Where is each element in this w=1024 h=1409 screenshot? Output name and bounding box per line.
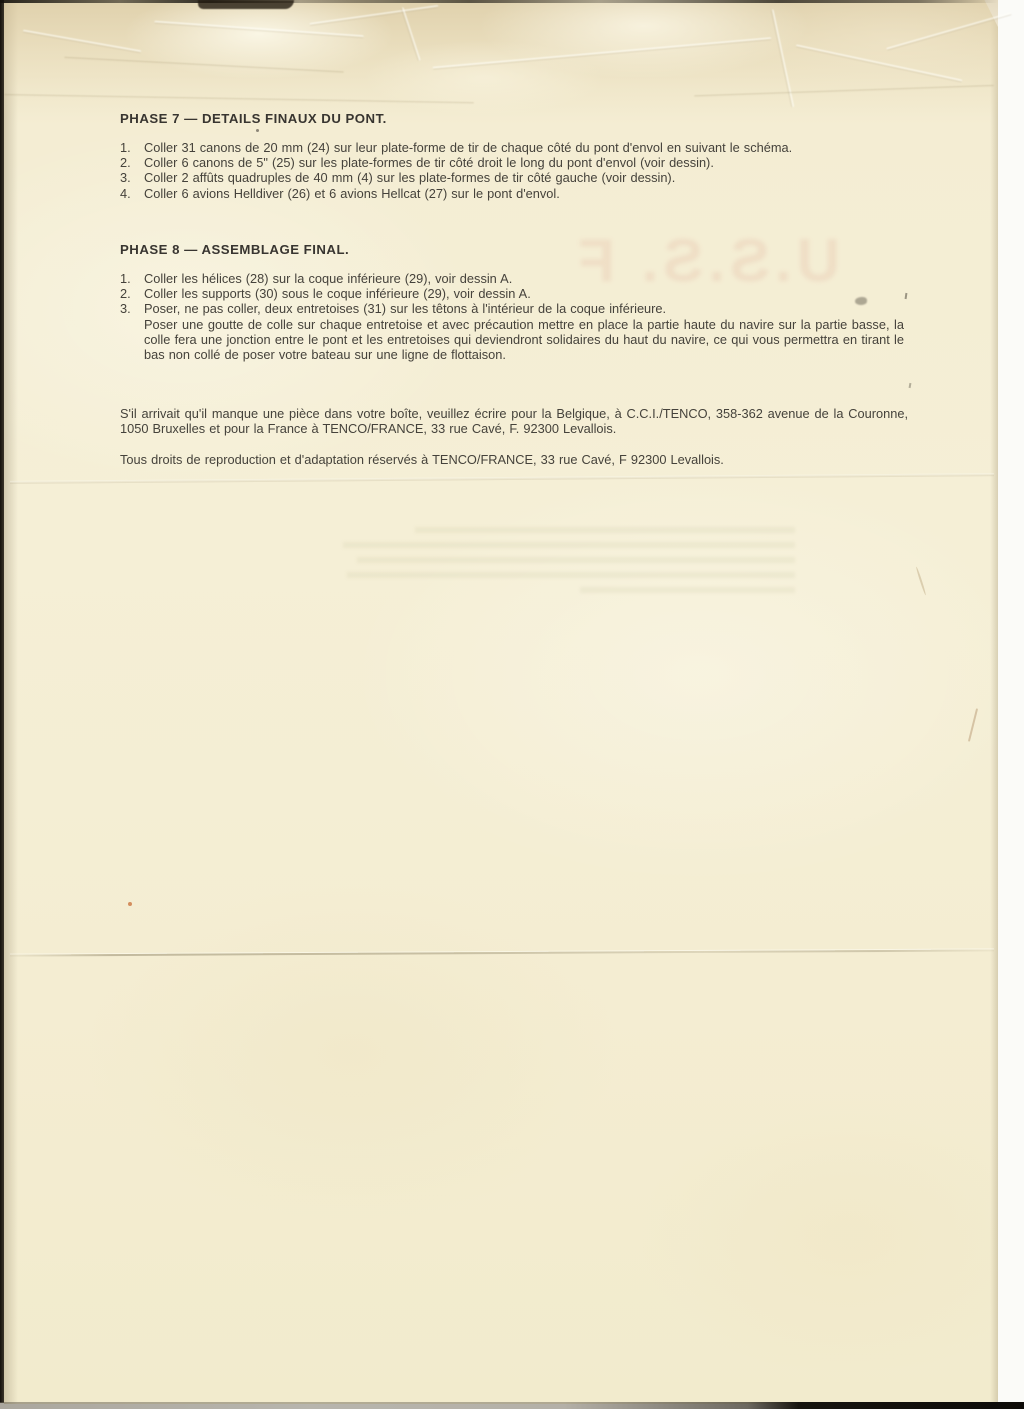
showthrough-line [415,527,795,533]
showthrough-line [580,587,795,593]
item-number: 2. [120,155,131,170]
scan-edge-bottom [0,1402,1024,1409]
stray-mark [905,293,908,299]
item-number: 2. [120,286,131,301]
paper-left-shade [4,0,18,1404]
ink-speck [256,129,259,132]
item-number: 3. [120,301,131,316]
item-text: Coller 6 canons de 5" (25) sur les plate… [144,155,714,170]
paper-sheet: U.S.S. F PHASE 7 — DETAILS FINAUX DU PON… [4,0,998,1404]
reverse-side-showthrough-lines [340,527,795,602]
orange-speck [128,902,132,906]
item-number: 1. [120,271,131,286]
missing-part-notice: S'il arrivait qu'il manque une pièce dan… [120,406,908,437]
crease-shadow [4,94,474,104]
copyright-notice: Tous droits de reproduction et d'adaptat… [120,452,908,467]
showthrough-line [347,572,795,578]
list-item: 1. Coller 31 canons de 20 mm (24) sur le… [120,140,904,155]
scanner-background: U.S.S. F PHASE 7 — DETAILS FINAUX DU PON… [0,0,1024,1409]
crease-line [433,37,772,70]
item-number: 4. [120,186,131,201]
crease-line [401,7,421,61]
item-text: Coller les hélices (28) sur la coque inf… [144,271,512,286]
showthrough-line [357,557,795,563]
torn-edge-mark [198,0,294,9]
crumpled-top-band [4,0,998,118]
item-text: Coller 6 avions Helldiver (26) et 6 avio… [144,186,560,201]
item-text: Coller 2 affûts quadruples de 40 mm (4) … [144,170,675,185]
scan-edge-left [0,0,4,1403]
phase7-heading: PHASE 7 — DETAILS FINAUX DU PONT. [120,111,387,126]
fold-crease-lower [10,949,994,956]
fold-crease-upper [10,473,994,484]
phase8-heading: PHASE 8 — ASSEMBLAGE FINAL. [120,242,349,257]
crease-shadow [64,57,344,74]
scan-edge-top [0,0,998,3]
paper-scratch [915,566,926,595]
item-number: 1. [120,140,131,155]
list-item: 3. Coller 2 affûts quadruples de 40 mm (… [120,170,904,185]
item-number: 3. [120,170,131,185]
list-item: 2. Coller 6 canons de 5" (25) sur les pl… [120,155,904,170]
showthrough-line [343,542,795,548]
stray-mark [909,383,912,388]
crease-line [796,44,963,82]
paper-scratch [968,708,978,741]
crease-line [154,21,364,39]
list-item: 1. Coller les hélices (28) sur la coque … [120,271,904,286]
item-note: Poser une goutte de colle sur chaque ent… [144,317,904,363]
item-text: Coller les supports (30) sous le coque i… [144,286,531,301]
list-item: 3. Poser, ne pas coller, deux entretoise… [120,301,904,362]
crease-line [886,12,1012,51]
crease-line [309,5,438,26]
list-item: 2. Coller les supports (30) sous le coqu… [120,286,904,301]
item-text: Coller 31 canons de 20 mm (24) sur leur … [144,140,792,155]
item-text: Poser, ne pas coller, deux entretoises (… [144,301,666,316]
crease-line [23,30,142,54]
phase8-list: 1. Coller les hélices (28) sur la coque … [120,271,904,362]
paper-right-shade [990,0,998,1404]
crease-shadow [694,85,994,97]
phase7-list: 1. Coller 31 canons de 20 mm (24) sur le… [120,140,904,201]
list-item: 4. Coller 6 avions Helldiver (26) et 6 a… [120,186,904,201]
